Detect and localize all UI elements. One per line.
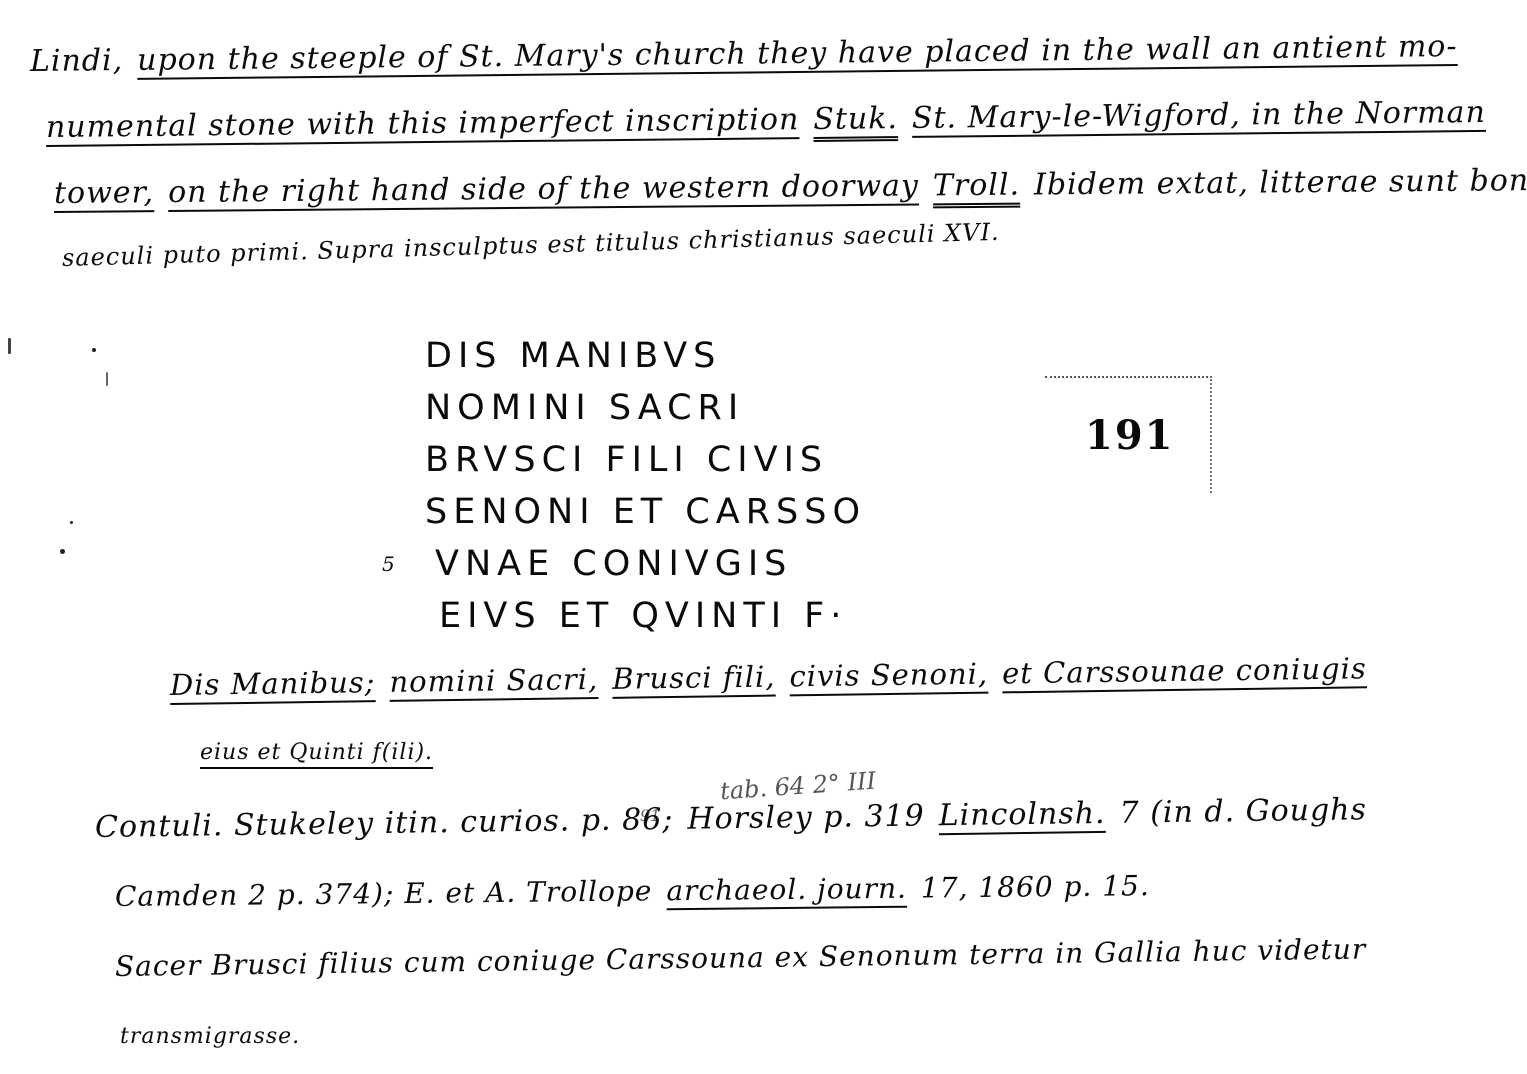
ref-contuli-stukeley: Contuli. Stukeley itin. curios. p. 86; (95, 802, 674, 845)
intro-line-4: saeculi puto primi. Supra insculptus est… (62, 218, 1000, 272)
transcription-line-1: Dis Manibus;nomini Sacri,Brusci fili,civ… (170, 651, 1367, 702)
ref-gough: 7 (in d. Goughs (1119, 792, 1367, 830)
inscription-line: NOMINI SACRI (425, 382, 866, 434)
source-stuk: Stuk. (813, 101, 898, 137)
trans-carssounae: et Carssounae coniugis (1002, 651, 1367, 690)
ref-lincolnsh: Lincolnsh. (938, 796, 1105, 833)
source-troll: Troll. (933, 168, 1020, 204)
trans-dis-manibus: Dis Manibus; (170, 665, 376, 702)
intro-quote-3b: on the right hand side of the western do… (168, 168, 919, 210)
trans-nomini-sacri: nomini Sacri, (389, 662, 598, 699)
intro-line-1: Lindi,upon the steeple of St. Mary's chu… (30, 29, 1458, 79)
commentary-text-end: transmigrasse. (120, 1024, 300, 1049)
inscription-line: SENONI ET CARSSO (425, 486, 866, 538)
page-number: 191 (1085, 412, 1175, 459)
location-st-mary-le-wigford: St. Mary-le-Wigford, in the Norman (912, 95, 1486, 136)
reference-line-2: Camden 2 p. 374); E. et A. Trollopearcha… (115, 869, 1150, 913)
inscription-line-marker: 5 (382, 552, 395, 576)
transcription-line-2: eius et Quinti f(ili). (200, 740, 433, 765)
reference-line-4: transmigrasse. (120, 1024, 300, 1049)
scan-mark (106, 372, 108, 386)
inscription-block: DIS MANIBVS NOMINI SACRI BRVSCI FILI CIV… (425, 330, 866, 642)
scan-mark (92, 348, 96, 352)
inscription-line: VNAE CONIVGIS (435, 538, 866, 590)
trans-civis-senoni: civis Senoni, (789, 657, 988, 694)
trans-eius-quinti: eius et Quinti f(ili). (200, 740, 433, 765)
scan-mark (8, 338, 11, 354)
reference-line-1: Contuli. Stukeley itin. curios. p. 86;Ho… (95, 792, 1367, 845)
inscription-line: BRVSCI FILI CIVIS (425, 434, 866, 486)
intro-line-2: numental stone with this imperfect inscr… (46, 95, 1486, 145)
ref-camden-trollope: Camden 2 p. 374); E. et A. Trollope (115, 874, 653, 913)
inscription-line: DIS MANIBVS (425, 330, 866, 382)
reference-line-3: Sacer Brusci filius cum coniuge Carssoun… (115, 933, 1367, 983)
commentary-text: Sacer Brusci filius cum coniuge Carssoun… (115, 933, 1367, 983)
intro-quote-3a: tower, (54, 175, 154, 211)
inscription-line: EIVS ET QVINTI F· (439, 590, 866, 642)
intro-note: Ibidem extat, litterae sunt bonae (1034, 163, 1527, 203)
ref-volume: 17, 1860 p. 15. (921, 869, 1150, 904)
scan-mark (70, 521, 73, 524)
intro-quote-2: numental stone with this imperfect inscr… (46, 102, 800, 145)
intro-lead: Lindi, (30, 43, 124, 79)
intro-line-3: tower,on the right hand side of the west… (54, 163, 1527, 211)
trans-brusci-fili: Brusci fili, (612, 660, 776, 696)
ref-archaeol-journ: archaeol. journ. (666, 872, 907, 908)
intro-quote-1: upon the steeple of St. Mary's church th… (137, 29, 1458, 78)
scan-mark (60, 549, 65, 554)
intro-dating: saeculi puto primi. Supra insculptus est… (62, 218, 1000, 272)
ref-horsley: Horsley p. 319 (687, 798, 925, 836)
